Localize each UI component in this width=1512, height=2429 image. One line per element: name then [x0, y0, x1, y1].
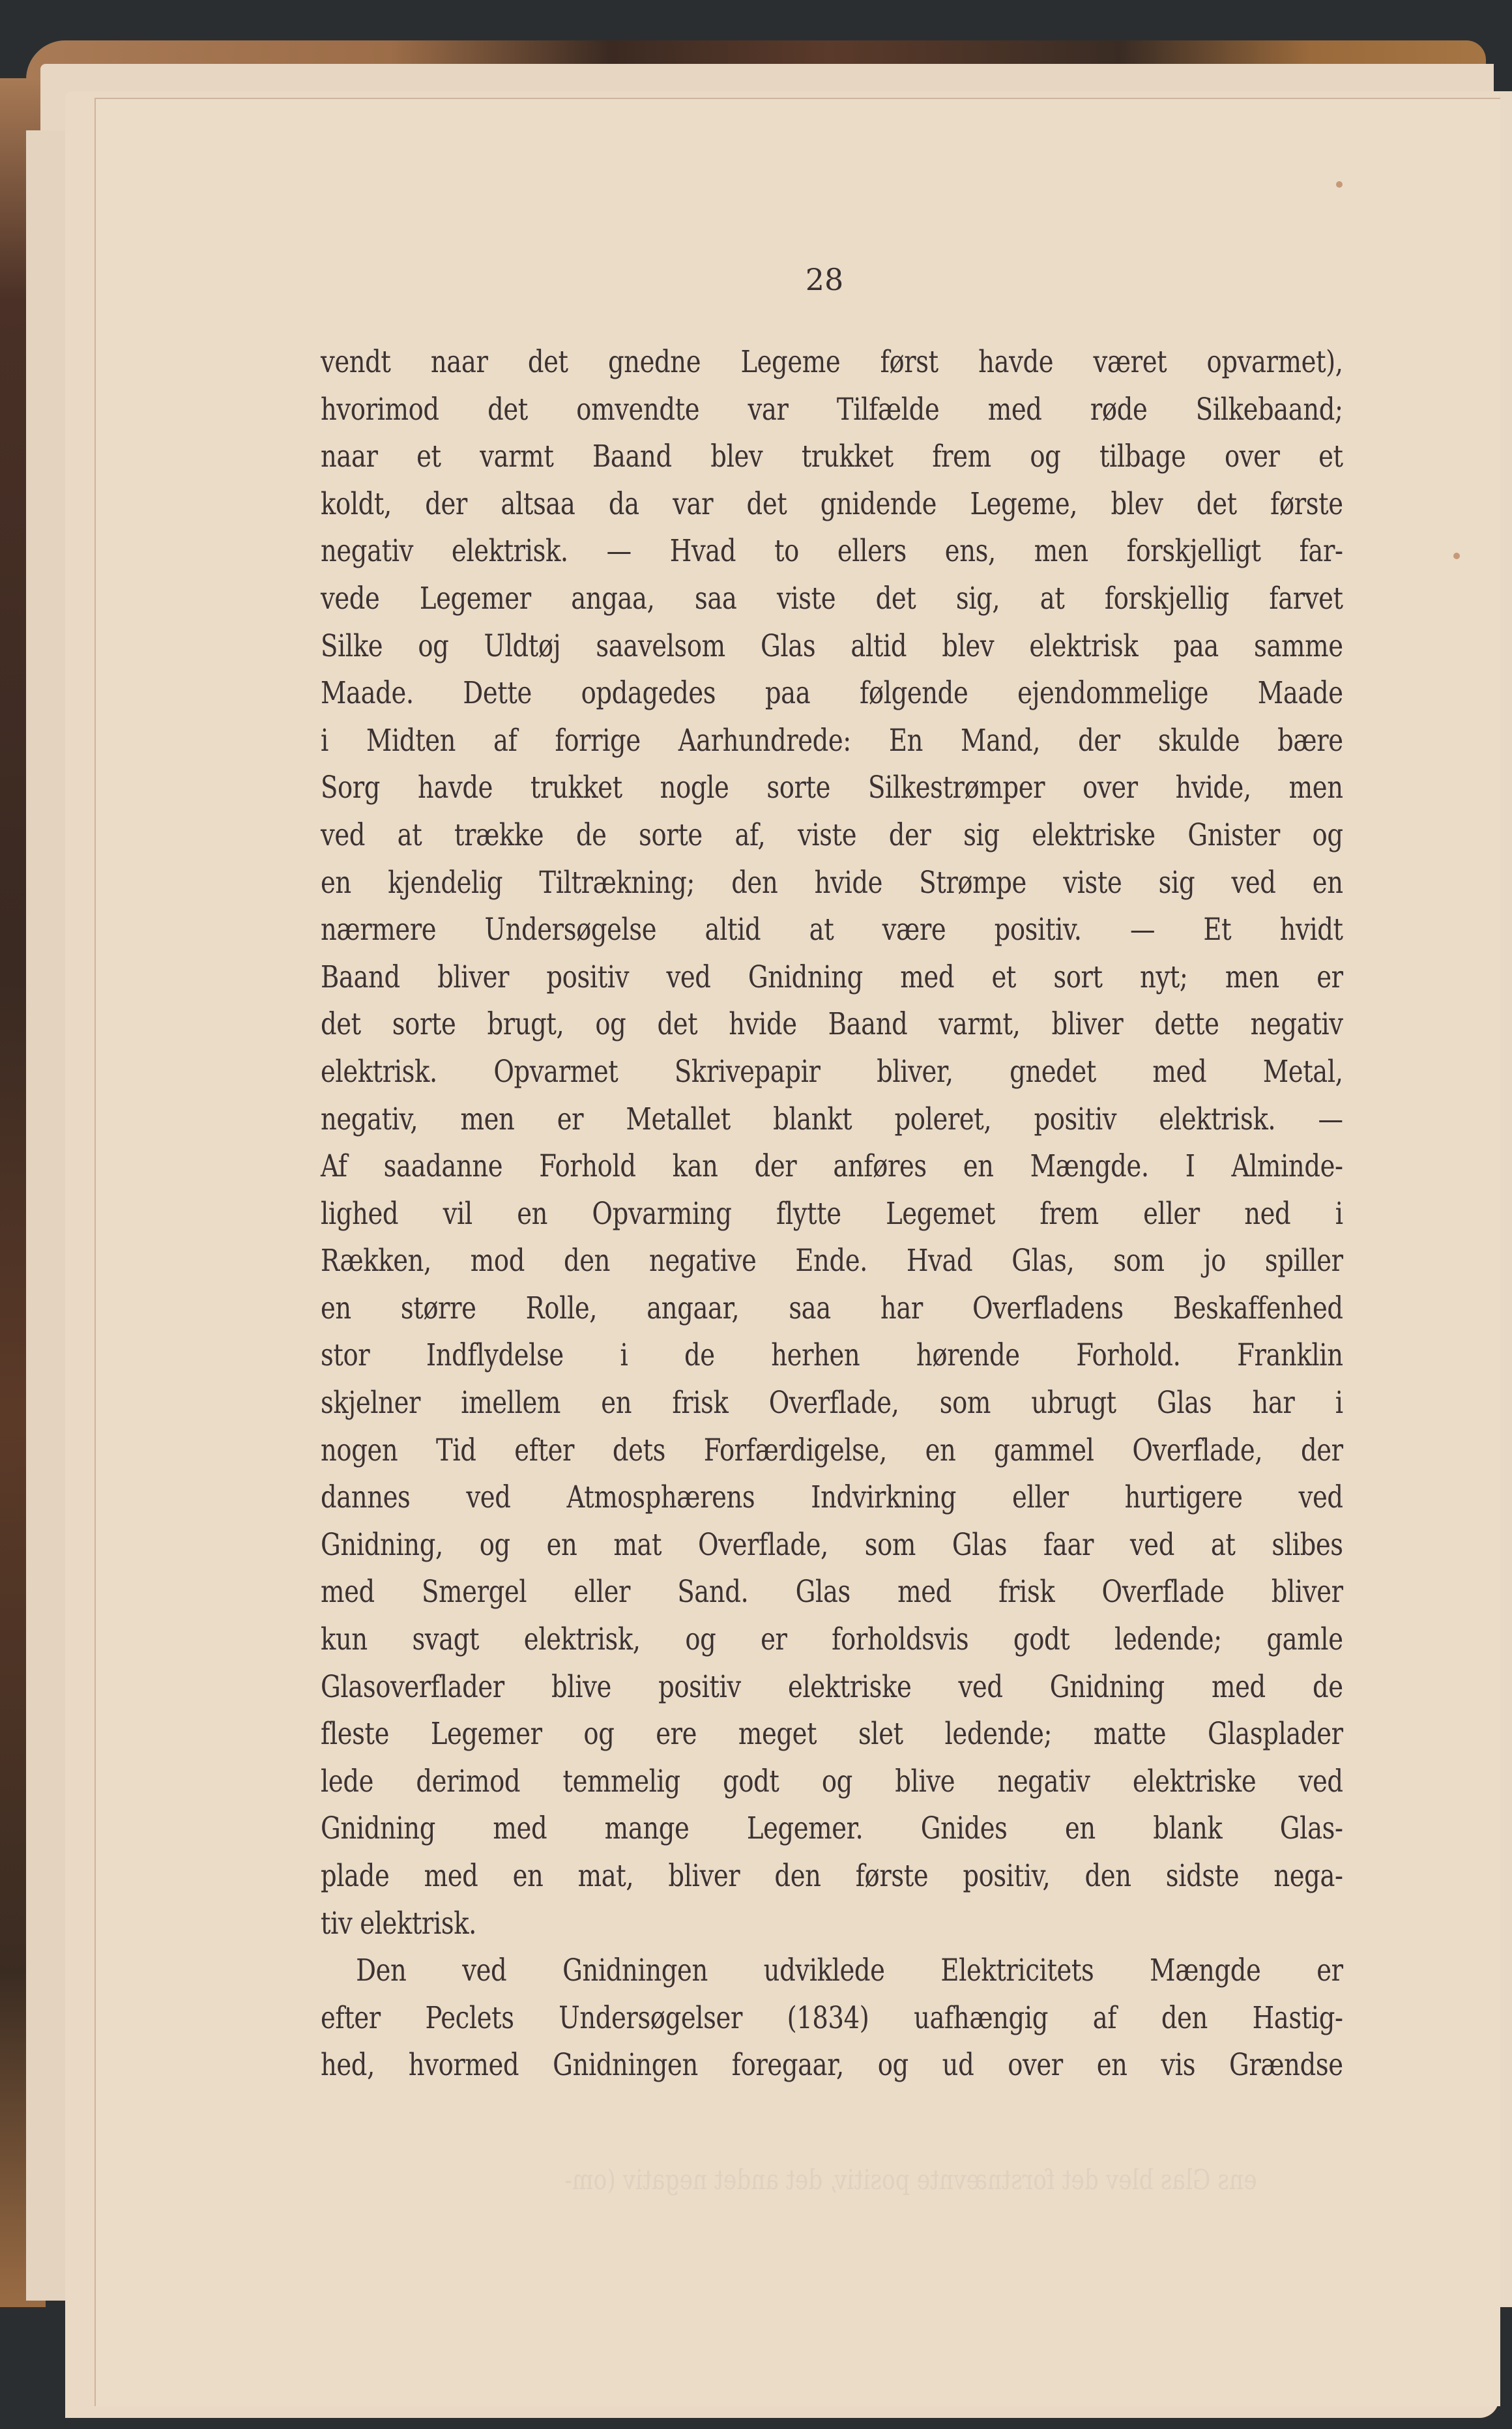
text-line: naar et varmt Baand blev trukket frem og…: [321, 433, 1343, 481]
text-line: skjelner imellem en frisk Overflade, som…: [321, 1380, 1343, 1427]
text-line: Maade. Dette opdagedes paa følgende ejen…: [321, 670, 1343, 718]
text-line: negativ, men er Metallet blankt poleret,…: [321, 1096, 1343, 1144]
text-line: kun svagt elektrisk, og er forholdsvis g…: [321, 1616, 1343, 1664]
text-line-indented: Den ved Gnidningen udviklede Elektricite…: [321, 1947, 1343, 1995]
text-line: Rækken, mod den negative Ende. Hvad Glas…: [321, 1238, 1343, 1285]
text-line: Baand bliver positiv ved Gnidning med et…: [321, 954, 1343, 1002]
paragraph-2: Den ved Gnidningen udviklede Elektricite…: [321, 1947, 1343, 2089]
text-line: vendt naar det gnedne Legeme først havde…: [321, 339, 1343, 386]
bleed-through-text: ens Glas blev det forstnævnte positiv, d…: [476, 2164, 1257, 2203]
text-line: hed, hvormed Gnidningen foregaar, og ud …: [321, 2042, 1343, 2089]
text-line: i Midten af forrige Aarhundrede: En Mand…: [321, 718, 1343, 765]
text-line: Sorg havde trukket nogle sorte Silkestrø…: [321, 764, 1343, 812]
text-line: vede Legemer angaa, saa viste det sig, a…: [321, 575, 1343, 623]
body-text: vendt naar det gnedne Legeme først havde…: [321, 339, 1343, 2089]
paper-fleck: [1336, 181, 1343, 188]
text-line: Af saadanne Forhold kan der anføres en M…: [321, 1143, 1343, 1191]
text-line: Gnidning med mange Legemer. Gnides en bl…: [321, 1805, 1343, 1853]
text-line: plade med en mat, bliver den første posi…: [321, 1853, 1343, 1900]
text-line: stor Indflydelse i de herhen hørende For…: [321, 1332, 1343, 1380]
text-line: lighed vil en Opvarming flytte Legemet f…: [321, 1191, 1343, 1238]
text-line: fleste Legemer og ere meget slet ledende…: [321, 1711, 1343, 1758]
text-line: det sorte brugt, og det hvide Baand varm…: [321, 1001, 1343, 1049]
text-line: tiv elektrisk.: [321, 1900, 1343, 1948]
text-line: hvorimod det omvendte var Tilfælde med r…: [321, 386, 1343, 434]
text-line: Silke og Uldtøj saavelsom Glas altid ble…: [321, 623, 1343, 671]
text-line: nærmere Undersøgelse altid at være posit…: [321, 907, 1343, 954]
text-line: med Smergel eller Sand. Glas med frisk O…: [321, 1569, 1343, 1616]
text-line: lede derimod temmelig godt og blive nega…: [321, 1758, 1343, 1806]
text-line: efter Peclets Undersøgelser (1834) uafhæ…: [321, 1995, 1343, 2043]
text-line: koldt, der altsaa da var det gnidende Le…: [321, 481, 1343, 529]
text-line: ved at trække de sorte af, viste der sig…: [321, 812, 1343, 860]
text-line: dannes ved Atmosphærens Indvirkning elle…: [321, 1474, 1343, 1522]
page-number: 28: [805, 262, 844, 297]
paragraph-1: vendt naar det gnedne Legeme først havde…: [321, 339, 1343, 1947]
text-line: negativ elektrisk. — Hvad to ellers ens,…: [321, 528, 1343, 575]
paper-fleck: [1453, 553, 1460, 559]
next-page-edge: [1499, 91, 1512, 2307]
text-line: nogen Tid efter dets Forfærdigelse, en g…: [321, 1427, 1343, 1475]
text-line: Glasoverflader blive positiv elektriske …: [321, 1664, 1343, 1711]
text-line: Gnidning, og en mat Overflade, som Glas …: [321, 1522, 1343, 1569]
text-line: en kjendelig Tiltrækning; den hvide Strø…: [321, 860, 1343, 907]
text-line: en større Rolle, angaar, saa har Overfla…: [321, 1285, 1343, 1333]
text-line: elektrisk. Opvarmet Skrivepapir bliver, …: [321, 1049, 1343, 1096]
